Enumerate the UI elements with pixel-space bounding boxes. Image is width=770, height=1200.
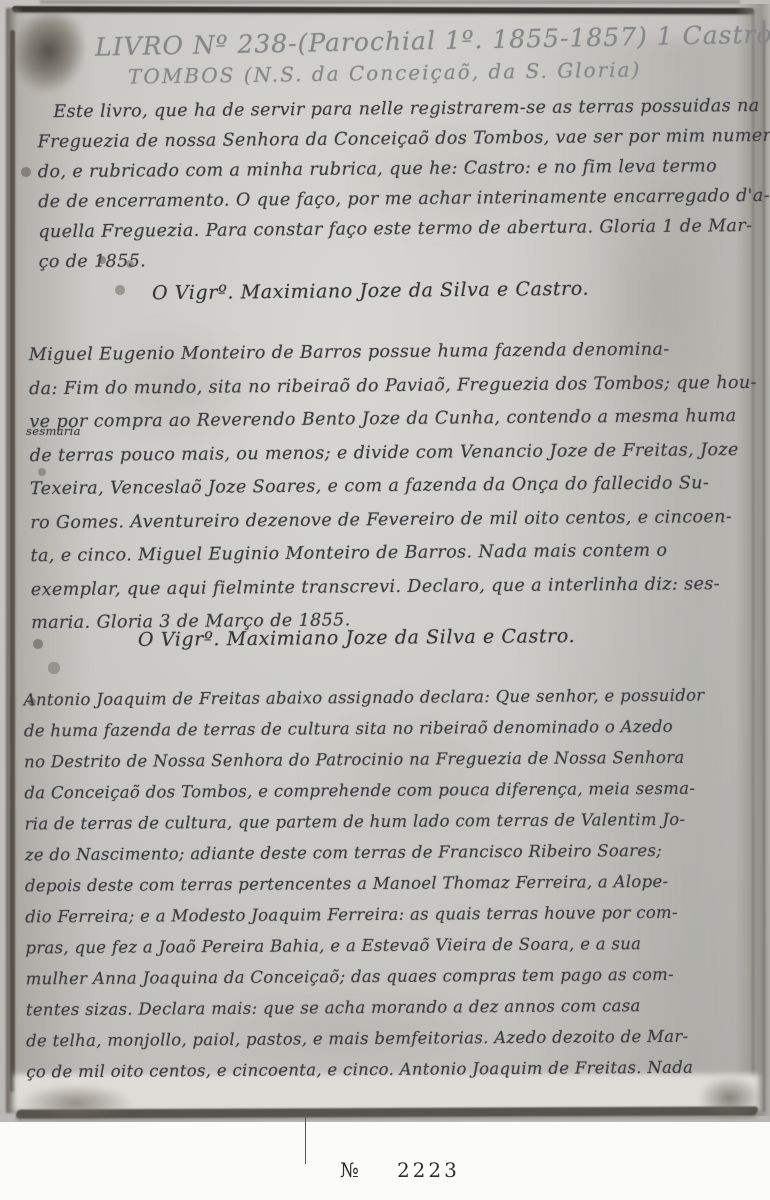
numero-sign: № (340, 1158, 359, 1182)
binding-edge-line (10, 30, 15, 1092)
margin-tick-line (305, 1116, 306, 1164)
catalog-number: 2223 (397, 1158, 460, 1182)
manuscript-line: Antonio Joaquim de Freitas abaixo assign… (24, 680, 705, 716)
manuscript-line: pras, que fez a Joaõ Pereira Bahia, e a … (25, 928, 706, 964)
stain-bottom-right (698, 1076, 762, 1120)
manuscript-line: no Destrito de Nossa Senhora do Patrocin… (24, 742, 705, 778)
manuscript-line: de telha, monjollo, paiol, pastos, e mai… (26, 1021, 707, 1057)
manuscript-line: depois deste com terras pertencentes a M… (25, 866, 706, 902)
page-top-edge (12, 6, 754, 14)
stain-bottom-left (18, 1084, 133, 1122)
manuscript-line: exemplar, que aqui fielminte transcrevi.… (31, 567, 759, 607)
paper-specks (0, 0, 4, 4)
land-entry-freitas: Antonio Joaquim de Freitas abaixo assign… (24, 680, 708, 1088)
manuscript-line: ze do Nascimento; adiante deste com terr… (25, 835, 706, 871)
manuscript-line: Texeira, Venceslaõ Joze Soares, e com a … (30, 467, 758, 507)
manuscript-line: da Conceiçaõ dos Tombos, e comprehende c… (24, 773, 705, 809)
catalog-number-stamp: №2223 (340, 1158, 460, 1182)
manuscript-line: ta, e cinco. Miguel Euginio Monteiro de … (30, 534, 758, 574)
manuscript-line: dio Ferreira; e a Modesto Joaquim Ferrei… (25, 897, 706, 933)
scanned-manuscript-page: LIVRO Nº 238-(Parochial 1º. 1855-1857) 1… (0, 0, 770, 1122)
binding-edge (6, 8, 24, 1113)
manuscript-line: ria de terras de cultura, que partem de … (24, 804, 705, 840)
manuscript-line: ço de mil oito centos, e cincoenta, e ci… (26, 1052, 707, 1088)
opening-term-paragraph: Este livro, que ha de servir para nelle … (37, 91, 770, 278)
manuscript-line: tentes sizas. Declara mais: que se acha … (26, 990, 707, 1026)
page-top-edge-shadow (40, 0, 740, 4)
vicar-signature: O Vigrº. Maximiano Joze da Silva e Castr… (138, 625, 575, 651)
manuscript-line: Miguel Eugenio Monteiro de Barros possue… (29, 333, 757, 373)
manuscript-line: de huma fazenda de terras de cultura sit… (24, 711, 705, 747)
land-entry-barros: Miguel Eugenio Monteiro de Barros possue… (29, 333, 759, 641)
interline-note: sesmaria (26, 424, 81, 438)
manuscript-line: mulher Anna Joaquina da Conceiçaõ; das q… (26, 959, 707, 995)
vicar-signature: O Vigrº. Maximiano Joze da Silva e Castr… (152, 278, 589, 305)
manuscript-line: ve por compra ao Reverendo Bento Joze da… (29, 400, 757, 440)
manuscript-line: quella Freguezia. Para constar faço este… (38, 211, 770, 248)
